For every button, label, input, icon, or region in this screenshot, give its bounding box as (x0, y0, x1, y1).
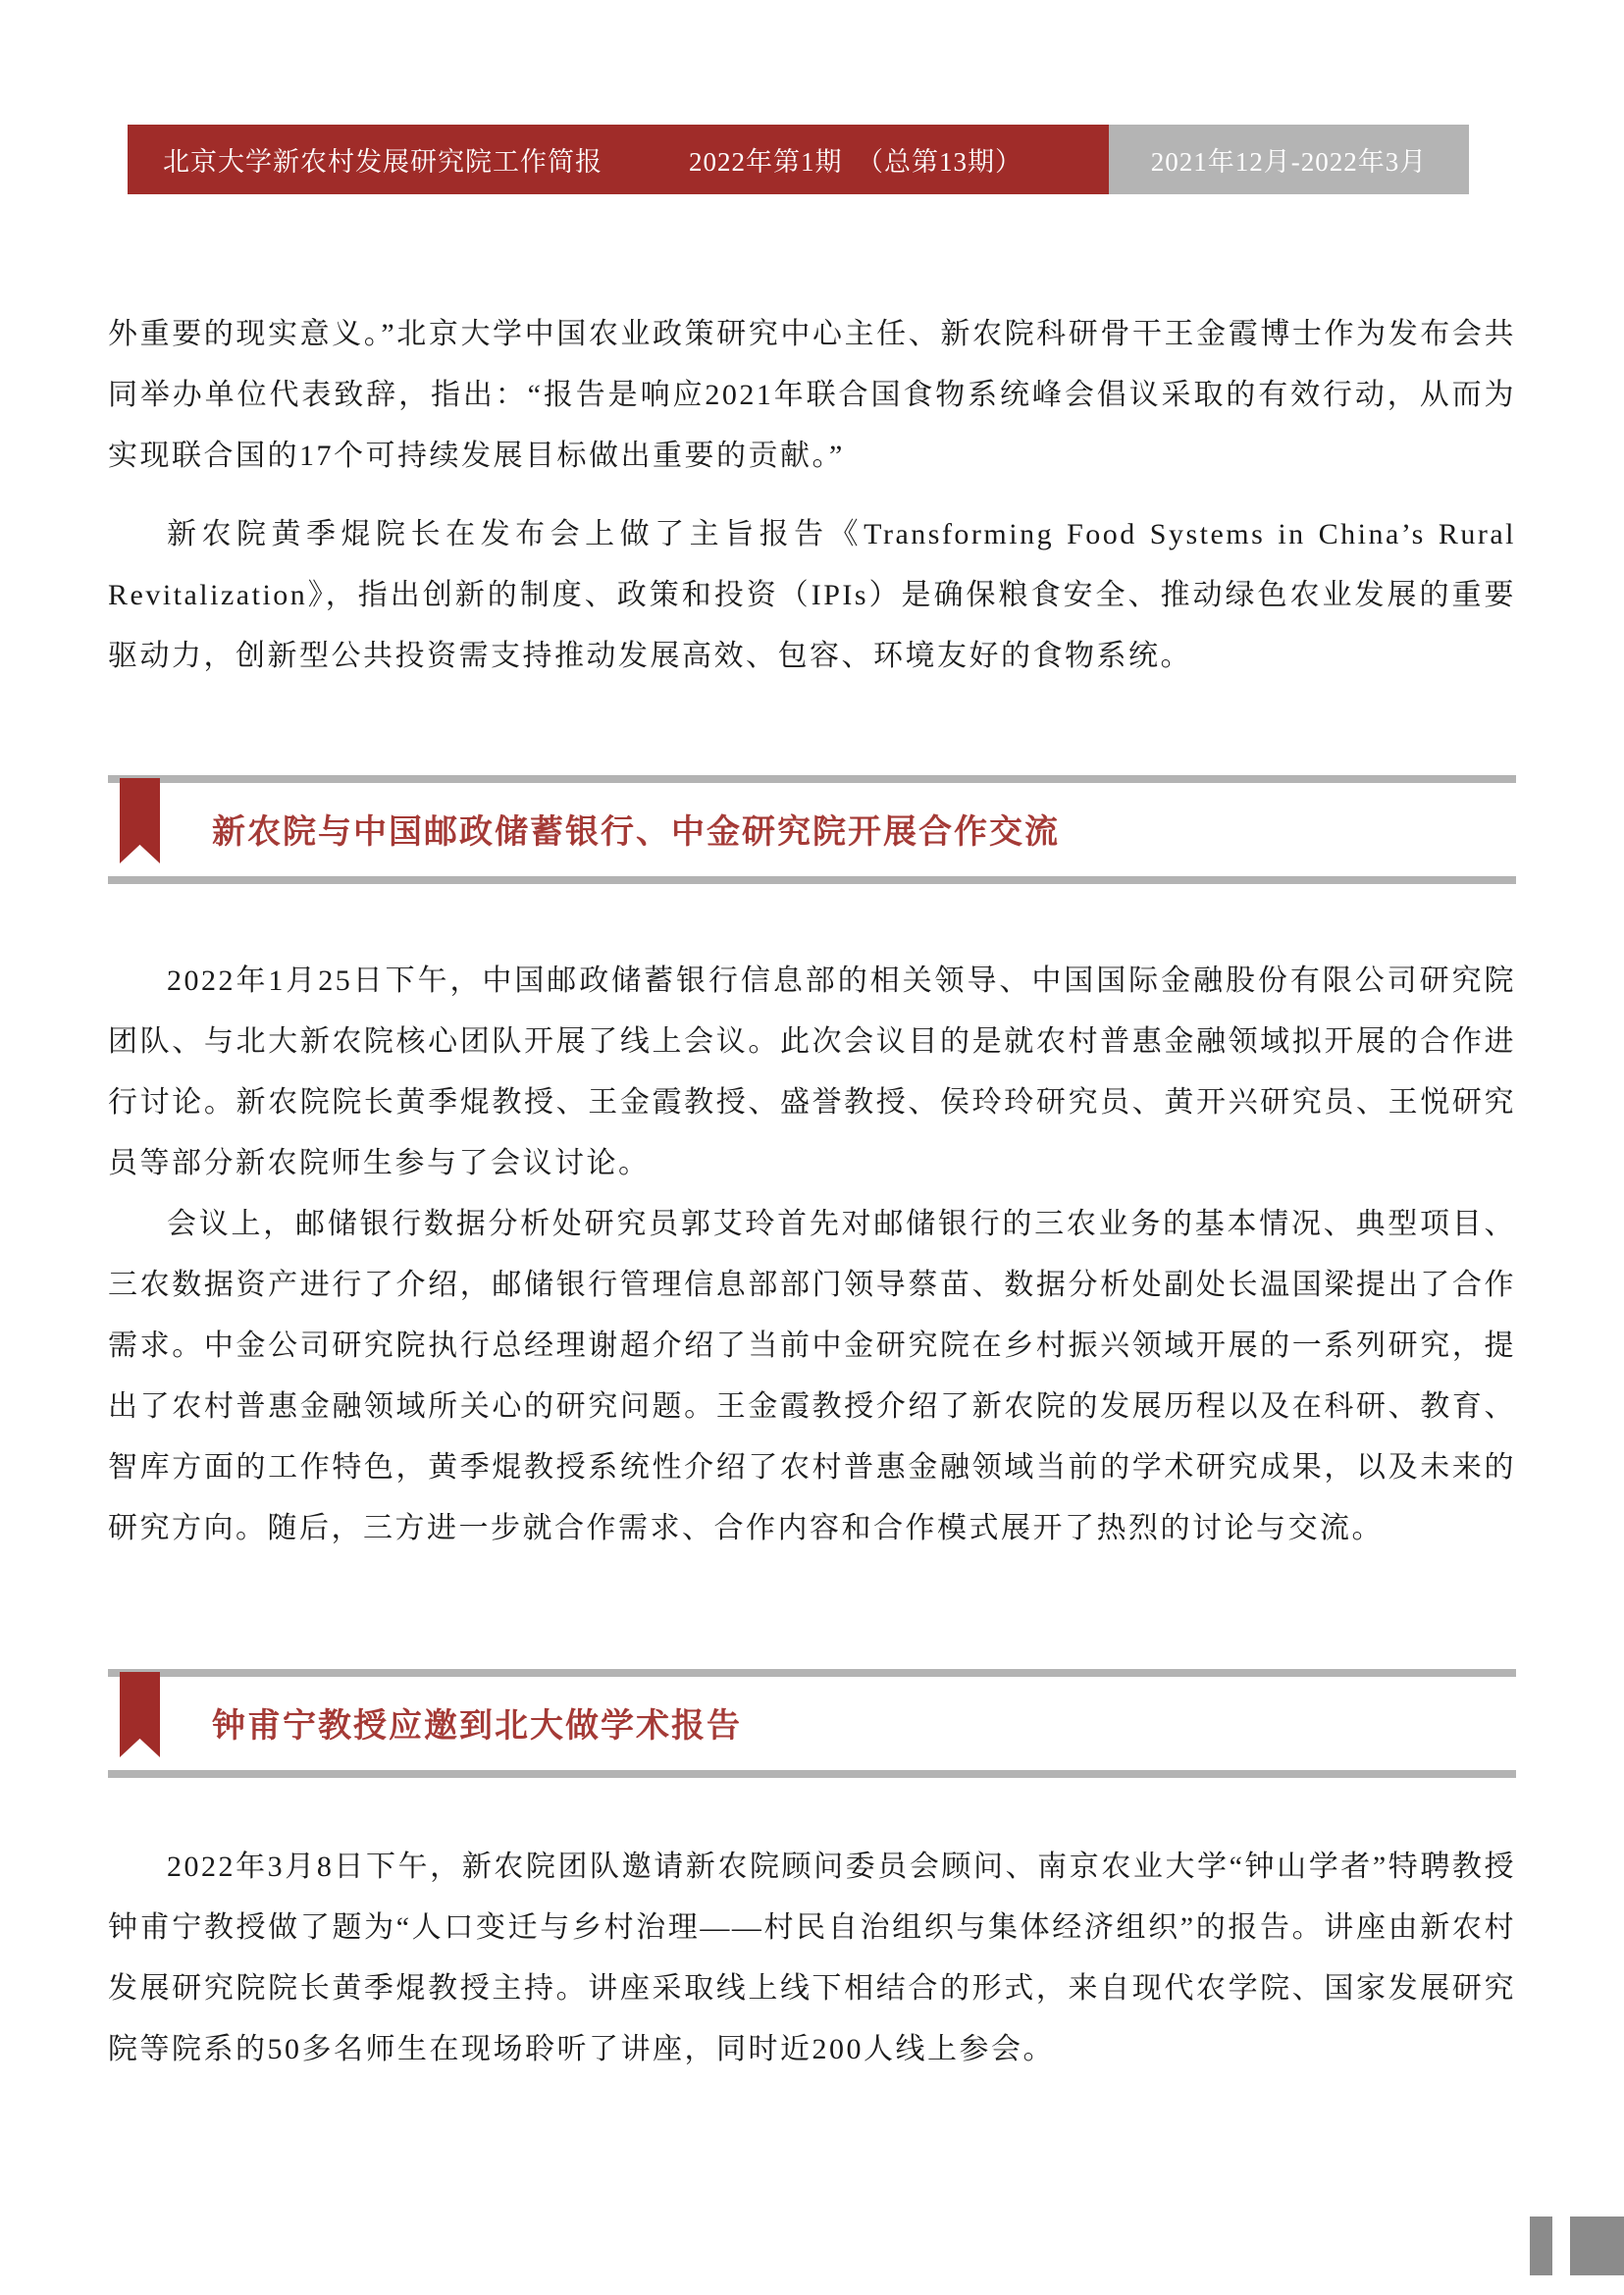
bulletin-title: 北京大学新农村发展研究院工作简报 (163, 140, 602, 179)
divider-line (108, 1669, 1516, 1677)
corner-block-large (1570, 2217, 1624, 2275)
divider-line (108, 876, 1516, 884)
period-label: 2021年12月-2022年3月 (1151, 140, 1428, 179)
section-lecture: 钟甫宁教授应邀到北大做学术报告 2022年3月8日下午，新农院团队邀请新农院顾问… (108, 1669, 1516, 2080)
section-title: 钟甫宁教授应邀到北大做学术报告 (212, 1698, 742, 1747)
paragraph-intro-1: 外重要的现实意义。”北京大学中国农业政策研究中心主任、新农院科研骨干王金霞博士作… (108, 304, 1516, 487)
bookmark-ribbon-icon (120, 1672, 160, 1757)
page-body: 外重要的现实意义。”北京大学中国农业政策研究中心主任、新农院科研骨干王金霞博士作… (108, 304, 1516, 2080)
divider-line (108, 1770, 1516, 1778)
paragraph-section2-1: 2022年3月8日下午，新农院团队邀请新农院顾问委员会顾问、南京农业大学“钟山学… (108, 1837, 1516, 2080)
issue-label: 2022年第1期 （总第13期） (689, 140, 1022, 179)
masthead-red-bar: 北京大学新农村发展研究院工作简报 2022年第1期 （总第13期） (128, 125, 1109, 194)
section-heading-band: 钟甫宁教授应邀到北大做学术报告 (108, 1669, 1516, 1778)
bulletin-page: 北京大学新农村发展研究院工作简报 2022年第1期 （总第13期） 2021年1… (0, 0, 1624, 2295)
bookmark-ribbon-icon (120, 778, 160, 863)
paragraph-section1-2: 会议上，邮储银行数据分析处研究员郭艾玲首先对邮储银行的三农业务的基本情况、典型项… (108, 1194, 1516, 1559)
paragraph-intro-2: 新农院黄季焜院长在发布会上做了主旨报告《Transforming Food Sy… (108, 504, 1516, 687)
masthead-period-bar: 2021年12月-2022年3月 (1109, 125, 1469, 194)
divider-line (108, 775, 1516, 783)
masthead: 北京大学新农村发展研究院工作简报 2022年第1期 （总第13期） 2021年1… (128, 125, 1469, 194)
corner-block-small (1530, 2217, 1552, 2275)
section-heading-band: 新农院与中国邮政储蓄银行、中金研究院开展合作交流 (108, 775, 1516, 884)
section-cooperation: 新农院与中国邮政储蓄银行、中金研究院开展合作交流 2022年1月25日下午，中国… (108, 775, 1516, 1559)
paragraph-section1-1: 2022年1月25日下午，中国邮政储蓄银行信息部的相关领导、中国国际金融股份有限… (108, 951, 1516, 1194)
section-title: 新农院与中国邮政储蓄银行、中金研究院开展合作交流 (212, 805, 1060, 853)
